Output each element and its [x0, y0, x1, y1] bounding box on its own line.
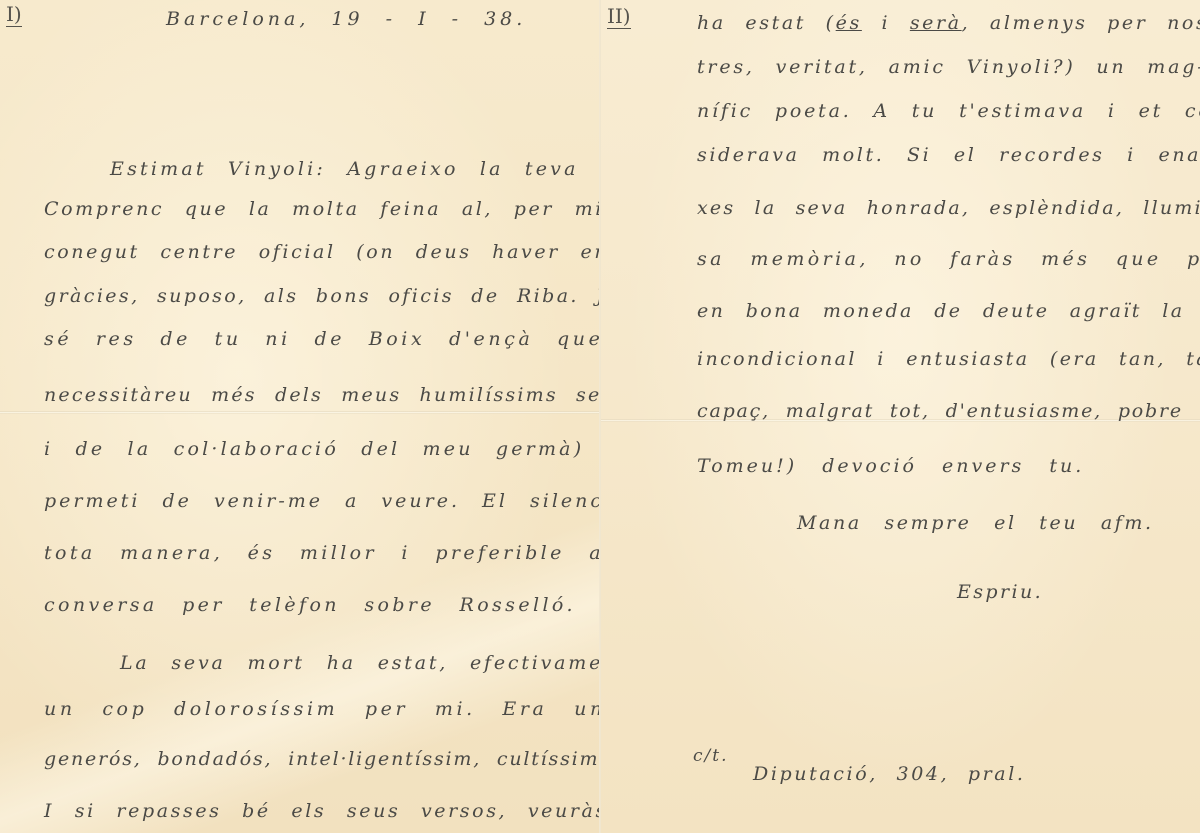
letter-line: conegut centre oficial (on deus haver en… [44, 243, 599, 262]
letter-line: Tomeu!) devoció envers tu. [697, 457, 1084, 476]
dateline: Barcelona, 19 - I - 38. [166, 10, 526, 29]
letter-line: permeti de venir-me a veure. El silenci,… [44, 492, 599, 511]
letter-line: siderava molt. Si el recordes i enaltei- [697, 146, 1200, 165]
letter-line: en bona moneda de deute agraït la seva [697, 302, 1200, 321]
letter-line: conversa per telèfon sobre Rosselló. [44, 596, 576, 615]
letter-page-2: II) ha estat (és i serà, almenys per nos… [601, 0, 1200, 833]
underlined-word: serà [910, 12, 962, 34]
letter-line: ha estat (és i serà, almenys per nosal- [697, 14, 1200, 33]
letter-line: Comprenc que la molta feina al, per mi, … [44, 200, 599, 219]
letter-line: tota manera, és millor i preferible a un… [44, 544, 599, 563]
letter-spread: I) Barcelona, 19 - I - 38. Estimat Vinyo… [0, 0, 1200, 833]
closing-line: Mana sempre el teu afm. [797, 514, 1154, 533]
letter-line: un cop dolorosíssim per mi. Era un noi [44, 700, 599, 719]
line-text: i [862, 12, 910, 34]
letter-line: incondicional i entusiasta (era tan, tan [697, 350, 1200, 369]
letter-line: sa memòria, no faràs més que pagar [697, 250, 1200, 269]
letter-line: i de la col·laboració del meu germà) no … [44, 440, 599, 459]
letter-line: necessitàreu més dels meus humilíssims s… [44, 386, 599, 405]
letter-line: capaç, malgrat tot, d'entusiasme, pobre [697, 402, 1183, 421]
letter-line: tres, veritat, amic Vinyoli?) un mag- [697, 58, 1200, 77]
letter-line: Estimat Vinyoli: Agraeixo la teva carta. [110, 160, 599, 179]
letter-line: xes la seva honrada, esplèndida, llumino… [697, 199, 1200, 218]
underlined-word: és [836, 12, 862, 34]
signature: Espriu. [957, 583, 1043, 602]
letter-line: La seva mort ha estat, efectivament, [120, 654, 599, 673]
paper-fold-line [0, 411, 599, 414]
letter-line: generós, bondadós, intel·ligentíssim, cu… [44, 750, 599, 769]
letter-page-1: I) Barcelona, 19 - I - 38. Estimat Vinyo… [0, 0, 599, 833]
address-prefix: c/t. [693, 748, 728, 765]
letter-line: sé res de tu ni de Boix d'ençà que ja no [44, 330, 599, 349]
letter-line: gràcies, suposo, als bons oficis de Riba… [44, 287, 599, 306]
line-text: ha estat ( [697, 12, 836, 34]
page-number: I) [6, 4, 22, 27]
page-number: II) [607, 6, 631, 29]
line-text: , almenys per nosal- [962, 12, 1200, 34]
letter-line: nífic poeta. A tu t'estimava i et con- [697, 102, 1200, 121]
letter-line: I si repasses bé els seus versos, veuràs… [44, 802, 599, 821]
return-address: Diputació, 304, pral. [753, 765, 1026, 784]
